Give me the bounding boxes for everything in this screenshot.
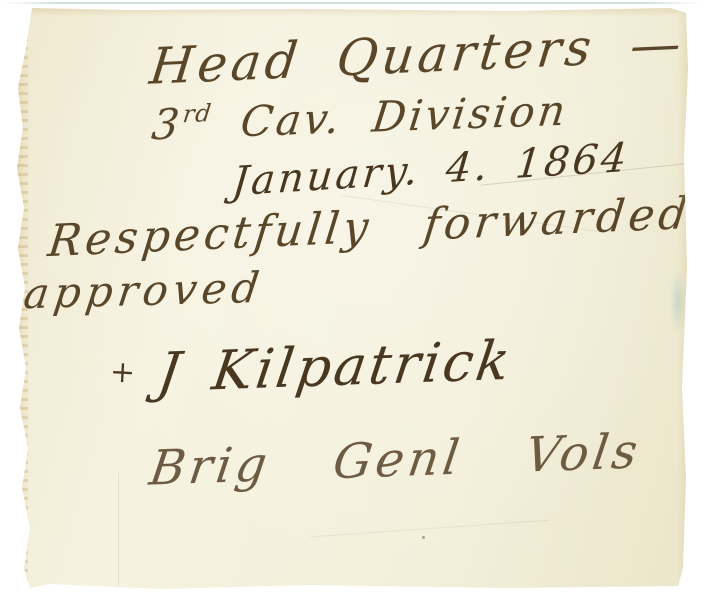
endorsement-approved-line: approved xyxy=(21,267,266,315)
heading-line-headquarters: Head Quarters — xyxy=(147,18,687,92)
unit-number: 3 xyxy=(149,99,185,149)
paper-top-edge xyxy=(10,8,690,17)
ink-smudge xyxy=(670,270,686,334)
ink-speck xyxy=(422,536,425,539)
scan-edge-artifact xyxy=(0,2,704,4)
heading-line-unit: 3rd Cav. Division xyxy=(149,89,570,147)
crease-line xyxy=(310,520,549,538)
ink-speck xyxy=(118,593,121,596)
signature-rank: Brig Genl Vols xyxy=(147,427,644,492)
unit-name: Cav. Division xyxy=(208,86,571,148)
unit-ordinal-superscript: rd xyxy=(181,99,213,128)
crease-line xyxy=(118,473,119,595)
signature-name: J Kilpatrick xyxy=(154,334,516,401)
manuscript-paper: Head Quarters — 3rd Cav. Division Januar… xyxy=(10,8,690,590)
signature-cross-mark: + xyxy=(109,357,136,388)
endorsement-forwarded-line: Respectfully forwarded xyxy=(46,192,693,264)
